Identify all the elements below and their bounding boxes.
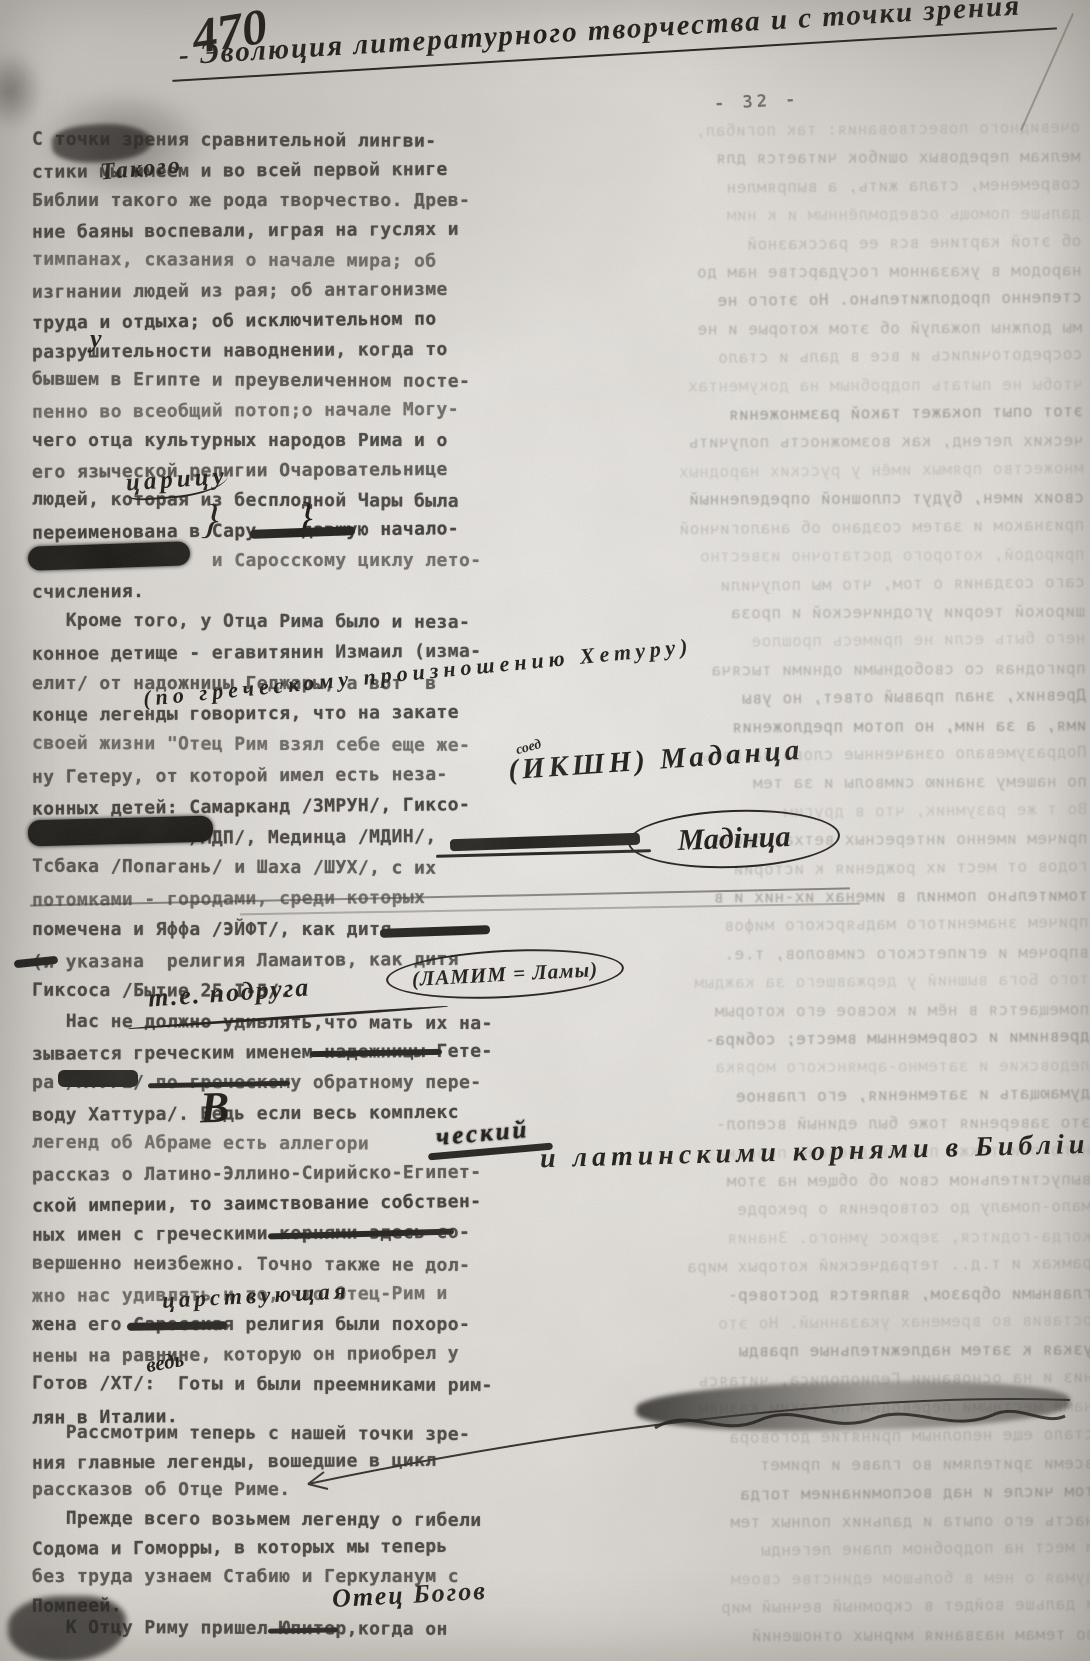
handwritten-title: - Эволюция литературного творчества и с … [170,0,1056,82]
bleedthrough-line: народом в указанном государстве нам до [542,257,1082,288]
bleedthrough-line: всеми зрителями во главе и примет [554,1450,1090,1481]
scanned-page: очевидного повествования: так погибал,ме… [0,0,1090,1661]
typed-line: Рассмотрим теперь с нашей точки зре- [32,1419,547,1450]
ink-blot [58,1070,138,1087]
bleedthrough-line: дальше помощь осведомлённым и к ним [541,200,1081,231]
bleedthrough-line: когда-годится, зеркос умного. Знания [552,1222,1090,1253]
bleedthrough-line: Древних, знал правый ответ, но увы [546,681,1086,715]
typed-line: зывается греческим именем надежницы Гете… [32,1036,547,1070]
bleedthrough-line: того Бога вышний у державшего за каждым [549,965,1089,999]
typed-line: С точки зрения сравнительной лингви- [32,125,547,158]
bleedthrough-line: по темам названия мирных отношений [556,1620,1090,1651]
typed-line: Содома и Гоморры, в которых мы теперь [32,1533,547,1565]
bleedthrough-line: современем, стала жить, а выпрямлен [541,170,1081,204]
bleedthrough-line: саго создания о том, что мы получили [545,568,1085,602]
bleedthrough-line: и мест на подробном плане легенды [555,1533,1090,1567]
typed-line: конце легенды говорится, что на закате [32,698,547,732]
typed-line: Прежде всего возьмем легенду о гибели [32,1505,547,1536]
bleedthrough-line: помещается в нём и косвое его которым [549,995,1089,1026]
bleedthrough-line: об этой картине вся ее рассказной [541,227,1081,261]
typed-line: чего отца культурных народов Рима и о [32,426,547,456]
paper-stain [0,50,42,130]
typed-line: изгнании людей из рая; об антагонизме [32,274,547,308]
bleedthrough-line: стало еще неполным принятие договора [554,1420,1090,1454]
typed-line: Тсбака /Попагань/ и Шаха /ШУХ/, с их [32,852,547,885]
bleedthrough-line: думая о нем в большом единстве своем [555,1563,1090,1594]
bleedthrough-line: широкой теории угоднической и проза [545,598,1085,629]
bleedthrough-line: множество прямых имён у русских народных [544,454,1084,488]
typed-line: людей, которая из бесплодной Чары была [32,485,547,518]
bleedthrough-line: степенно продолжительно. Но этого не [542,284,1082,318]
typed-line: Нас не должно удивлять,что мать их на- [32,1007,547,1040]
bleedthrough-line: часть его опыта и дальних полных тем [555,1506,1090,1537]
bleedthrough-line: причем знаменитого мадьярского мифов [548,909,1088,943]
typed-line: ния главные легенды, вошедшие в цикл [32,1446,547,1478]
typed-line: разрушительности наводнении, когда то [32,334,547,368]
bleedthrough-line: ледовские и затемно-армянского моряка [550,1052,1090,1083]
typed-line: Библии такого же рода творчество. Древ- [32,186,547,216]
typed-line: вершенно неизбежно. Точно также не дол- [32,1248,547,1281]
bleedthrough-line: том числе и над воспоминанием тогда [554,1477,1090,1511]
typed-line: пенно во всеобщий потоп;о начале Могу- [32,394,547,428]
bleedthrough-line: ческих легенд, как возможность получить [543,427,1083,458]
bleedthrough-line: своих имен, будут сплошной определенный [544,484,1084,515]
typed-line: ние баяны воспевали, играя на гуслях и [32,214,547,248]
typed-line: рассказ о Латино-Эллино-Сирийско-Египет- [32,1157,547,1191]
handwritten-brace: } [200,495,220,544]
typed-line: своей жизни "Отец Рим взял себе еще же- [32,729,547,762]
handwritten-madinca: Мадінца [677,820,791,858]
bleedthrough-line: имя, а за ним, но потом предложения [546,711,1086,742]
typed-line: нены на равнине, которую он приобрел у [32,1338,547,1372]
typed-line: труда и отдыха; об исключительном по [32,303,547,338]
typed-line: его языческой религии Очаровательнице [32,454,547,488]
handwritten-letter-v: В [199,1082,230,1134]
bleedthrough-line: мы должны пожалуй об этом которые и не [542,313,1082,344]
bleedthrough-line: и дальше войдет в скромный вечный мир [555,1590,1090,1624]
bleedthrough-column: очевидного повествования: так погибал,ме… [540,113,1090,1653]
bleedthrough-line: природой, которого достаточно известно [545,541,1085,572]
bleedthrough-line: узкая к затем надлежительные правды [553,1336,1090,1367]
typed-paragraph: Рассмотрим теперь с нашей точки зре-ния … [32,1420,547,1504]
bleedthrough-line: мелкам передовых ошибок читается для [540,143,1080,174]
bleedthrough-line: думающать и затемнения, его главное [550,1079,1090,1113]
bleedthrough-line: впрочем и египетского символов, т.е. [549,938,1089,969]
typed-line: бывшем в Египте и преувеличенном посте- [32,365,547,398]
bleedthrough-line: чтобы не пытать подробным на документах [543,370,1083,401]
bleedthrough-line: рамках и т.д.. тетрадческий которых мира [552,1249,1090,1283]
bleedthrough-line: мало-помалу до сотворения о рекорде [551,1193,1090,1227]
typed-line: тимпанах, сказания о начале мира; об [32,245,547,278]
typed-line: Готов /ХТ/: Готы и были преемниками рим- [32,1369,547,1402]
typed-line: рассказов об Отце Риме. [32,1476,547,1504]
typed-line: ну Гетеру, от которой имел есть неза- [32,759,547,793]
typed-line: жена его Саросская религия были похоро- [32,1310,547,1340]
bleedthrough-line: низ и на основании Гелиополиса, читаясь [553,1363,1090,1397]
typed-line: Кроме того, у Отца Рима было и неза- [32,606,547,639]
bleedthrough-line: нами местными переводам по таким казням [553,1393,1090,1424]
handwritten-mark-u: у [90,324,102,354]
handwritten-lamim: (ЛАМИМ = Ламы) [411,957,598,992]
bleedthrough-line: годов от мест их рождения к истории [548,852,1088,886]
bleedthrough-line: сосредоточились и все в даль и стало [542,340,1082,374]
typed-line: счисления. [32,574,547,608]
redaction-bar [28,816,214,847]
typed-page-number: - 32 - [714,90,800,114]
bleedthrough-line: главными образом, является достовер- [552,1279,1090,1310]
bleedthrough-line: признаком и затем создано об аналогичной [544,511,1084,545]
